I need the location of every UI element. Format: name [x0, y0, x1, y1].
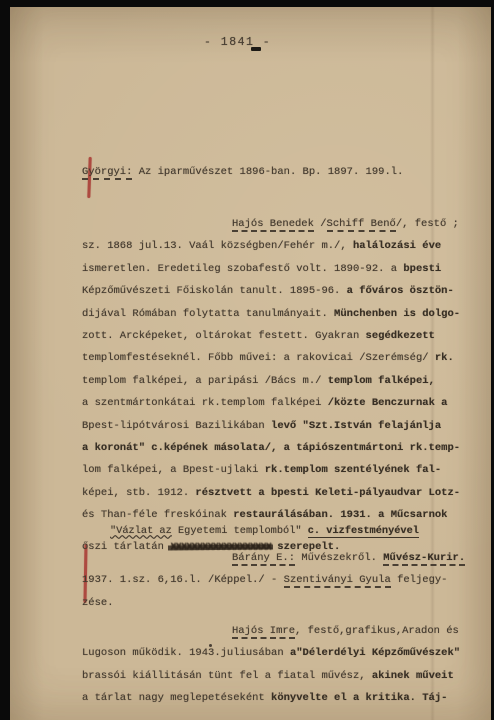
text-segment: templom falképei, a paripási /Bács m./ [82, 375, 328, 387]
text-segment: /közte Benczurnak a [328, 397, 448, 409]
text-segment: rk. [435, 352, 454, 364]
text-segment: segédkezett [366, 330, 435, 342]
text-segment: Bpest-lipótvárosi Bazilikában [82, 420, 271, 432]
text-line: templom falképei, a paripási /Bács m./ t… [82, 370, 486, 392]
entry-hajos-benedek: Hajós Benedek /Schiff Benő/, festő ;sz. … [82, 213, 486, 558]
text-line: képei, stb. 1912. résztvett a bpesti Kel… [82, 482, 486, 504]
text-segment: Münchenben is dolgo- [334, 308, 460, 320]
text-segment: képei, stb. 1912. [82, 487, 195, 499]
text-segment: résztvett a bpesti Keleti-pályaudvar Lot… [195, 487, 460, 499]
text-line: "Vázlat az Egyetemi templomból" c. vizfe… [82, 526, 486, 537]
text-segment: c. vizfestményével [308, 525, 419, 538]
text-segment: zése. [82, 597, 114, 609]
text-segment: Képzőművészeti Főiskolán tanult. 1895-96… [82, 285, 347, 297]
text-line: és Than-féle freskóinak restaurálásában.… [82, 504, 486, 526]
entry-hajos-imre: Hajós Imre, festő,grafikus,Aradon ésLugo… [82, 620, 486, 710]
text-segment: a főváros ösztön- [347, 285, 454, 297]
text-line: zése. [82, 592, 486, 614]
text-line: brassói kiállitásán tünt fel a fiatal mű… [82, 665, 486, 687]
text-segment: a szentmártonkátai rk.templom falképei [82, 397, 328, 409]
text-segment: brassói kiállitásán tünt fel a fiatal mű… [82, 670, 372, 682]
text-line: dijával Rómában folytatta tanulmányait. … [82, 303, 486, 325]
text-segment: a tárlat nagy meglepetéseként [82, 692, 271, 704]
text-segment: akinek műveit [372, 670, 454, 682]
text-segment: és Than-féle freskóinak [82, 509, 233, 521]
entry-barany-reference: Bárány E.: Művészekről. Művész-Kurir.193… [82, 547, 486, 614]
text-segment: "Vázlat az [110, 525, 172, 537]
text-line: Bárány E.: Művészekről. Művész-Kurir. [82, 547, 486, 569]
text-segment: könyvelte el a kritika. Táj- [271, 692, 447, 704]
text-segment: Művészekről. [295, 552, 383, 564]
text-line: ismeretlen. Eredetileg szobafestő volt. … [82, 258, 486, 280]
text-segment: zott. Arcképeket, oltárokat festett. Gya… [82, 330, 366, 342]
text-segment: 1937. 1.sz. 6,16.l. /Képpel./ - [82, 574, 284, 586]
text-line: Bpest-lipótvárosi Bazilikában levő "Szt.… [82, 415, 486, 437]
text-line: a tárlat nagy meglepetéseként könyvelte … [82, 687, 486, 709]
text-segment: levő "Szt.István felajánlja [271, 420, 441, 432]
text-line: Györgyi: Az iparművészet 1896-ban. Bp. 1… [82, 161, 486, 183]
text-line: Hajós Imre, festő,grafikus,Aradon és [82, 620, 486, 642]
text-segment: halálozási éve [353, 240, 441, 252]
text-segment: lom falképei, a Bpest-ujlaki [82, 464, 265, 476]
text-line: lom falképei, a Bpest-ujlaki rk.templom … [82, 459, 486, 481]
entry-gyorgyi-reference: Györgyi: Az iparművészet 1896-ban. Bp. 1… [82, 161, 486, 183]
text-segment: Schiff Benő [327, 218, 396, 232]
text-segment: restaurálásában. 1931. a Műcsarnok [233, 509, 447, 521]
text-line: Hajós Benedek /Schiff Benő/, festő ; [82, 213, 486, 235]
text-line: 1937. 1.sz. 6,16.l. /Képpel./ - Szentivá… [82, 569, 486, 591]
text-line: a koronát" c.képének másolata/, a tápiós… [82, 437, 486, 459]
text-segment: /, festő ; [396, 218, 459, 230]
text-line: a szentmártonkátai rk.templom falképei /… [82, 392, 486, 414]
text-segment: Szentiványi Gyula [284, 574, 391, 588]
text-segment: bpesti [403, 263, 441, 275]
text-segment: a"Délerdélyi Képzőművészek" [290, 647, 460, 659]
text-line: templomfestéseknél. Főbb művei: a rakovi… [82, 347, 486, 369]
text-line: zott. Arcképeket, oltárokat festett. Gya… [82, 325, 486, 347]
text-segment: Györgyi: [82, 166, 132, 180]
text-segment: dijával Rómában folytatta tanulmányait. [82, 308, 334, 320]
text-segment: Bárány E.: [232, 552, 295, 566]
page-number: - 1841 - [204, 36, 271, 49]
text-line: sz. 1868 jul.13. Vaál községben/Fehér m.… [82, 235, 486, 257]
text-line: Képzőművészeti Főiskolán tanult. 1895-96… [82, 280, 486, 302]
scan-background: { "page": { "number_label": "- 1841 -" }… [0, 0, 494, 720]
text-segment: / [314, 218, 327, 230]
text-segment: ismeretlen. Eredetileg szobafestő volt. … [82, 263, 403, 275]
text-segment: templom falképei, [328, 375, 435, 387]
text-segment: Az iparművészet 1896-ban. Bp. 1897. 199.… [132, 166, 403, 178]
text-segment: a koronát" c.képének másolata/, a tápiós… [82, 442, 460, 454]
text-segment: Lugoson működik. 1943.juliusában [82, 647, 290, 659]
text-line: Lugoson működik. 1943.juliusában a"Déler… [82, 642, 486, 664]
text-segment: Hajós Imre [232, 625, 295, 639]
text-segment: , festő,grafikus,Aradon és [295, 625, 459, 637]
text-segment: templomfestéseknél. Főbb művei: a rakovi… [82, 352, 435, 364]
text-segment: feljegy- [391, 574, 448, 586]
text-segment: rk.templom szentélyének fal- [265, 464, 441, 476]
text-segment: Hajós Benedek [232, 218, 314, 232]
scanned-page: - 1841 - Györgyi: Az iparművészet 1896-b… [10, 7, 491, 720]
text-segment: Egyetemi templomból" [172, 525, 308, 537]
text-segment: Művész-Kurir. [383, 552, 465, 566]
text-segment: sz. 1868 jul.13. Vaál községben/Fehér m.… [82, 240, 353, 252]
